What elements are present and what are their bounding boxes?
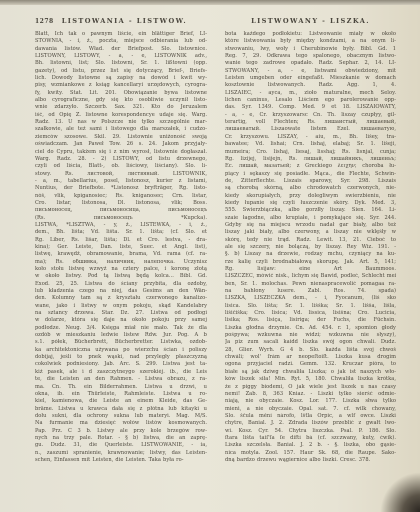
text-line: LISTWA, *LISZTWA, - y, ż., LISTEWKA, - i… (35, 222, 207, 229)
text-line: w około listwy. Pod tą listwą będą kolca… (35, 273, 207, 280)
text-line: Leisten umgeben oder eingefaßt. Mieszkan… (225, 75, 396, 82)
text-line: s.1. półek, Bücherbrett, Bücherbretter. … (35, 339, 207, 346)
text-line: pośpywa; wzkuwna nie widzi; wzkuwna nie … (225, 332, 396, 339)
text-line: w dolarze, która się daje na około pokoj… (35, 317, 207, 324)
text-line: okna, ib. ein Thürleiste, Rahmleiste. Li… (35, 391, 207, 398)
text-line: ſtara lišťa taiſ'ſa ſe diftí bá (cf. szc… (225, 435, 396, 442)
text-line: ma. Cn. Th. ein Bilderrahmen. Listwa u d… (35, 384, 207, 391)
left-running-head: 1278 LISTOWANIA - LISTWOW. (35, 17, 207, 28)
text-line: ków liszek siła! Min. Ryt. 5, 180. Chwal… (225, 376, 396, 383)
text-line: Rg. lizijej, lisijejn, Rs. лишай, лишайн… (225, 156, 396, 163)
text-line: listwę, krawędź, obramowanie, brama, Vd.… (35, 251, 207, 258)
text-line: że z piggy biodemi, O jak wiele jest lis… (225, 384, 396, 391)
text-line: Reg. 7, 29. Odkrawa tego spalonego, obac… (225, 53, 396, 60)
text-line: §. b) Liszay na drzewie, rodzay mchu, cz… (225, 251, 396, 258)
text-line: rze kalię czyli brodnabiałową skorupę. J… (225, 259, 396, 266)
text-line: Ja piz zum sacali kaidd liszka swój ogon… (225, 339, 396, 346)
text-line: ben, Sr. 1. molochas. Pewn nienaspracewo… (225, 281, 396, 288)
text-line: dną bardzo drzewu wągiernice albo liszki… (225, 457, 396, 464)
text-line: LISZKA, LISZECZKA dem., - i, Fyocanum, (… (225, 295, 396, 302)
text-line: te, die Leisten an den Rahmen. - Listwa … (35, 376, 207, 383)
text-line: lisika; Ros. lisiça, lisiriga; der Fuchs… (225, 317, 396, 324)
text-line: kina); Ger. Leiste, Dan. liste, Suec. et… (35, 244, 207, 251)
text-line: Warg. Radz. 28. - 2) LISTOWY, od listu d… (35, 156, 207, 163)
text-line: (Rs. письмоносецъ *Kupcka). (35, 215, 207, 222)
text-line: wnie zdarzyło. Szczerb. Sax. 321. Kto do… (35, 104, 207, 111)
text-line: ka architektoniczna używana po wierzchu … (35, 347, 207, 354)
text-line: niają, nie obyczaie. Kosz. Lor. 177. Lis… (225, 398, 396, 405)
text-line: na bahłony lusere. Zabl. Ros. 74. spada) (225, 288, 396, 295)
text-line: mumeira; Cro. lishaj, liesaj, lisshaj; R… (225, 149, 396, 156)
text-line: na sztancy drzewa. Star. Dz. 27. Listwa … (35, 310, 207, 317)
left-column: 1278 LISTOWANIA - LISTWOW. Blatt, Ich ta… (35, 17, 207, 464)
text-line: dawania listów. Wład. der Briefpost. Slo… (35, 46, 207, 53)
text-line: kiż pasek, ale i d zaszczytneygo szeroki… (35, 369, 207, 376)
text-line: Ec. лишай, мазатьей; z Greckiego λειχήν;… (225, 163, 396, 170)
text-line: nych na trzy pale. Rotar. - § b) listwa,… (35, 435, 207, 442)
left-header-title: LISTOWANIA - LISTWOW. (62, 17, 187, 25)
text-line: dołu sukni, dla ochrony sukna lub matery… (35, 413, 207, 420)
text-line: nemi! Zab. 8, 363 Kniaz. - Liszki tylko … (225, 391, 396, 398)
text-line: Pap. Prz. C 3 b. Listwy ale przy kole br… (35, 428, 207, 435)
text-line: 555. Świerzbiączka, albo gorzłły liszay.… (225, 207, 396, 214)
text-line: stowy. Rs. листовой, листвяный. LISTOWNI… (35, 171, 207, 178)
text-line: Exod. 25, 25. Listwa do ściany przybita,… (35, 281, 207, 288)
text-line: liszay jaki biały, albo czerwony, a lisz… (225, 229, 396, 236)
text-line: kiel, kamienowa, die Leiste an einem Kle… (35, 398, 207, 405)
text-line: лишаеватый. Liszaowate listem Ezel. лиша… (225, 126, 396, 133)
text-line: bawatee; Vd. lishai; Crn. lishaj, elabaj… (225, 141, 396, 148)
text-line: schen, Einfassen mit Leisten, die Leiste… (35, 457, 207, 464)
page-number: 1278 (35, 18, 54, 25)
text-line: Slo. ščula mění nárofo, lšťla Orpic, a w… (225, 413, 396, 420)
text-line: nica motyla. Zool. 157. Haur Sk. 68, die… (225, 450, 396, 457)
text-line: den. Kolumny tam są z kryształu czerwone… (35, 295, 207, 302)
text-line: Nuntius, der Briefbote. *Listonosz bryft… (35, 185, 207, 192)
text-line: lišičiška; Cro. lisica; Vd. lissica, lis… (225, 310, 396, 317)
text-line: które listwowania były między kondzami, … (225, 38, 396, 45)
text-line: gazety), od listu, przez list się dotycz… (35, 68, 207, 75)
text-line: cokolwiek podniesiony. Jab. Arc. S. 299.… (35, 361, 207, 368)
text-line: białe są jak dziwg chwaliła Liszka; o ja… (225, 369, 396, 376)
text-line: skórę, tedy nie trąd. Radz. Lewit. 13, 2… (225, 237, 396, 244)
text-line: LISZAIEC, - ayca, m., zioło maturalne, m… (225, 90, 396, 97)
text-line: Liszka głodna drzymie. Cn. Ad. 454. r. 1… (225, 325, 396, 332)
text-line: czyli od liścia, Blatt-, ob. liściowy, l… (35, 163, 207, 170)
text-line: - a, m., tabellarius, posel, listonosz, … (35, 178, 207, 185)
text-line: stwowaniu, lwy, woły i Cherubinowie były… (225, 46, 396, 53)
text-line: lisica. Slo. lišta; Sr. 1. lišška; Sr. 1… (225, 303, 396, 310)
text-line: Liszka szczelsła. Banial. J. 2 b. - §. l… (225, 442, 396, 449)
text-line: ozdób w mieszkaniu ledwie listew Rdw. Ju… (35, 332, 207, 339)
text-line: ma); Rs. обшивка, наличник, налепочка. U… (35, 259, 207, 266)
text-line: mieni, a nie obyczaie. Opal. sat. 7. cf.… (225, 406, 396, 413)
text-line: STWOWANY, - a, - e, listwami obwiedziony… (225, 68, 396, 75)
text-line: Rg. lisijaw: eine Art Baummoos. (225, 266, 396, 273)
text-line: bräme. Listwa u krawca dała się z płótna… (35, 406, 207, 413)
text-line: STOWNIA, - i, ż., poczta, miejsce odbier… (35, 38, 207, 45)
text-line: szaie łagodne, albo krupiałe, i pomykają… (225, 215, 396, 222)
text-line: szałkowie, ale też sami i listowego dla … (35, 126, 207, 133)
text-line: wanie tego zadrowe opadało. Radz. Sephar… (225, 60, 396, 67)
text-line: bota każdego podłokietu: Listwowanie mia… (225, 31, 396, 38)
text-line: gu. Dudz. 31, die Querleiste. LISTWOWANI… (35, 442, 207, 449)
right-header-title: LISTWOWANY - LISZKA. (251, 17, 370, 25)
scanned-page: 1278 LISTOWANIA - LISTWOW. Blatt, Ich ta… (0, 0, 420, 512)
text-line: dem., Bh. lišta; Vd. lišta. Sr. 1. lišta… (35, 229, 207, 236)
text-line: Gdyby się na miejscu wrzodu nadał gar bi… (225, 222, 396, 229)
text-line: Rg. Liber, Rs. lišar, lišta; Dl. et Cro.… (35, 237, 207, 244)
text-line: nóš, vlik, kpiganosiec; Rs. kniganosec; … (35, 193, 207, 200)
text-line: 28, Glier. Wyrh. G 4 b. Slo. każda lišta… (225, 347, 396, 354)
text-line: wane, jako i listwy w onym pokoju, skąd … (35, 303, 207, 310)
text-line: lich. Dowody listowne są zapisy na dowód… (35, 75, 207, 82)
page-top-edge (0, 0, 420, 5)
text-line: LISZCZEC, mówić nisk., lichym się Bawid,… (225, 273, 396, 280)
text-line: ogona przyjaciel radzi. Gemm. 132. Krucz… (225, 361, 396, 368)
text-line: lub kładzenia czego na niej, das Gesims … (35, 288, 207, 295)
text-line: Blatt, Ich tak o pawnym liście, ein blät… (35, 31, 207, 38)
text-line: Cro. listar, listonosa, Dl. listonosa, v… (35, 200, 207, 207)
left-column-text: Blatt, Ich tak o pawnym liście, ein blät… (35, 31, 207, 464)
text-line: kiedy łupanie się czyli łuszczenie skóry… (225, 200, 396, 207)
right-running-head: LISTWOWANY - LISZKA. (225, 17, 396, 28)
text-line: oświadczam. Jan Paweł Tow. 26 s. 24. Jak… (35, 141, 207, 148)
text-line: lichen caninus, Lesalo Liściem ego parol… (225, 97, 396, 104)
text-line: chytre, Banial. J. 2. Zdrada liszów prze… (225, 420, 396, 427)
page-corner-shadow (380, 472, 420, 512)
text-line: Bh. listowní, list; Slo. listowní, Sr. 1… (35, 60, 207, 67)
right-column-text: bota każdego podłokietu: Listwowanie mia… (225, 31, 396, 464)
text-line: podłodze. Neug. 3/4. Księga miał nie mał… (35, 325, 207, 332)
text-line: albo cyrograficzne, gdy się kto osobliwi… (35, 97, 207, 104)
text-line: kosztownie listwowanych. Radz. Agg. 1, 4… (225, 82, 396, 89)
text-line: wi. Kosz. Cyr. 54. Chytra liszczka. Psal… (225, 428, 396, 435)
text-line: kiedy skorupiałych, przy dolegliwym swie… (225, 193, 396, 200)
text-line: de, Zitterflechte. Liszais sparowy, Syr.… (225, 178, 396, 185)
text-line: Cr. krzyszowu. LISZAY, - aiu, m., Bh. li… (225, 134, 396, 141)
text-line: n., zaszumi spranienie, krawnowanie; lis… (35, 450, 207, 457)
right-column: LISTWOWANY - LISZKA. bota każdego podłok… (225, 17, 396, 464)
text-line: pisy, wzmiankowe z ksiąg kancellaryi urz… (35, 82, 207, 89)
text-line: iść, od Opię Z. listowne korespondencye … (35, 112, 207, 119)
text-line: das. Syr. 1349. Comp. Med. 9 et 18. LISZ… (225, 104, 396, 111)
text-line: ciel do Cypru, takżem się i z nim wyrosł… (35, 149, 207, 156)
text-line: chwáli; wol' ſrám ar neopeſtoiſt. Liszka… (225, 354, 396, 361)
text-line: są chorobą skórną, albo chrodowatch czer… (225, 185, 396, 192)
text-line: ziemców szosowe. Skil. 29. Listownie uni… (35, 134, 207, 141)
text-line: ale się szczery, nie bolączą, by liszay.… (225, 244, 396, 251)
text-line: terartig, voll Flechten; Rs. лишаистый, … (225, 119, 396, 126)
text-line: dobijaj, jeśli to pnek wąski, nad przyle… (35, 354, 207, 361)
text-line: Radz. 13. U nas w Polszcze nie tylko szc… (35, 119, 207, 126)
text-line: Na furmanie ma dziesięć wołów listów kos… (35, 420, 207, 427)
text-line: - a, - e, Cr. krzyszowarsc Cn. Th. lisza… (225, 112, 396, 119)
text-line: piący i sękaszy się posiadłe. Mąca., die… (225, 171, 396, 178)
text-line: fy, kwity. Stat. Lit. 201. Obowiązanie b… (35, 90, 207, 97)
text-line: письмоносец, письмоносица, письмоносецъ (35, 207, 207, 214)
text-line: LISTOWNY, LISTOWY, - a, - e, LISTOWNIK a… (35, 53, 207, 60)
text-line: koło stołu listwę wzwyż na cztery palce,… (35, 266, 207, 273)
